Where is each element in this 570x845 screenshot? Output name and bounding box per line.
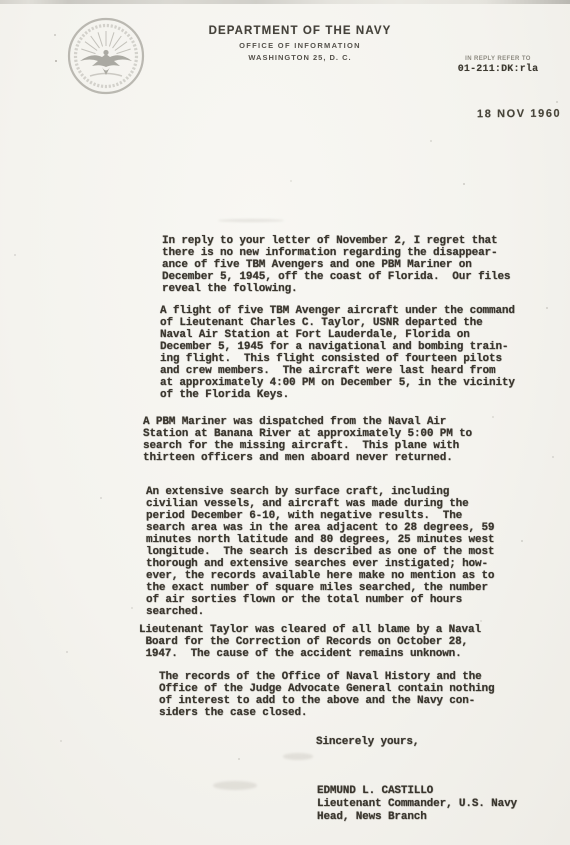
reply-refer-label: IN REPLY REFER TO [452,56,544,62]
letterhead-department: DEPARTMENT OF THE NAVY [178,25,422,37]
letterhead-office: OFFICE OF INFORMATION [178,41,422,50]
body-paragraph-3: A PBM Mariner was dispatched from the Na… [143,416,472,464]
body-paragraph-6: The records of the Office of Naval Histo… [159,671,494,719]
letterhead: DEPARTMENT OF THE NAVY OFFICE OF INFORMA… [178,25,422,62]
reply-refer-code: 01-211:DK:rla [452,64,544,75]
scan-smudge [283,753,313,760]
seal-eagle-icon [80,50,132,75]
scan-noise-specks [0,0,2,2]
scan-smudge [218,219,284,222]
letterhead-city: WASHINGTON 25, D. C. [178,53,422,62]
scan-smudge [213,781,257,790]
reply-reference-block: IN REPLY REFER TO 01-211:DK:rla [452,56,544,75]
navy-department-seal-icon [64,14,148,98]
body-paragraph-1: In reply to your letter of November 2, I… [162,235,510,295]
body-paragraph-2: A flight of five TBM Avenger aircraft un… [160,305,515,401]
date-stamp: 18 NOV 1960 [477,108,561,121]
body-paragraph-5: Lieutenant Taylor was cleared of all bla… [139,624,481,660]
scan-edge-artifact [0,0,570,4]
signature-block: EDMUND L. CASTILLO Lieutenant Commander,… [317,785,517,824]
body-paragraph-4: An extensive search by surface craft, in… [146,486,494,618]
letter-page: DEPARTMENT OF THE NAVY OFFICE OF INFORMA… [0,0,570,845]
closing-salutation: Sincerely yours, [316,736,419,748]
